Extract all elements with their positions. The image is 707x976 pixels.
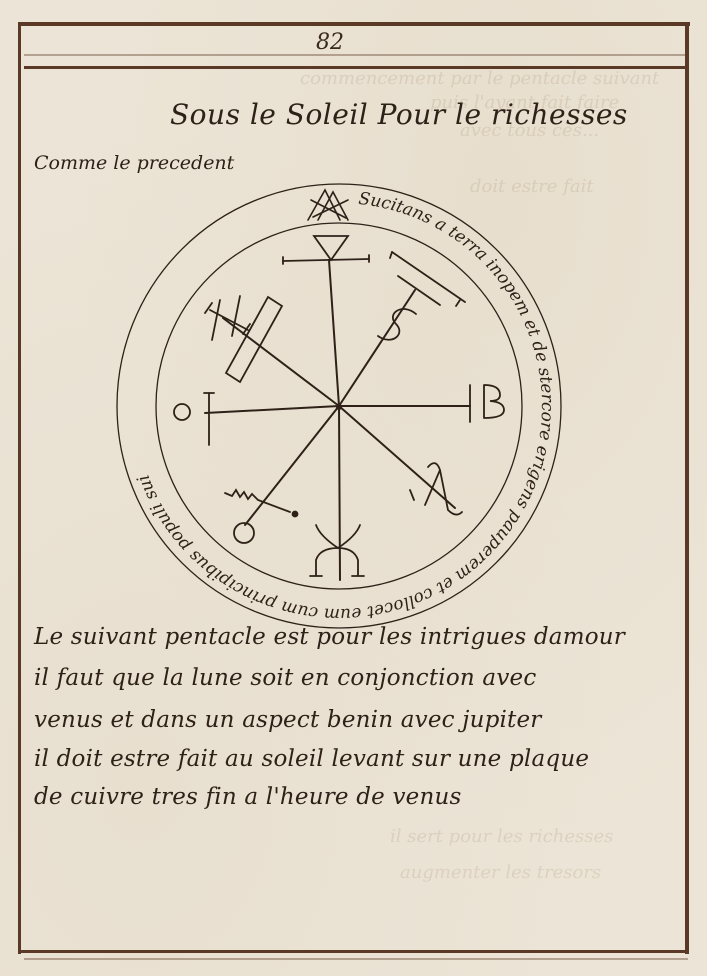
body-line: il faut que la lune soit en conjonction …: [34, 665, 536, 691]
horned-sigil: [310, 525, 364, 576]
triangle-cross-sigil: [283, 236, 369, 264]
body-line: Le suivant pentacle est pour les intrigu…: [34, 624, 625, 650]
body-line: venus et dans un aspect benin avec jupit…: [34, 707, 542, 733]
body-line: de cuivre tres fin a l'heure de venus: [34, 784, 462, 810]
bar-b-sigil: [470, 385, 504, 422]
circle-cross-sigil: [174, 393, 214, 445]
circle-zigzag-sigil: [225, 490, 298, 543]
interlaced-a-sigil: [308, 190, 348, 220]
rectangle-double-cross-sigil: [205, 296, 282, 382]
body-line: il doit estre fait au soleil levant sur …: [34, 746, 589, 772]
pentacle-spokes: [205, 260, 470, 580]
pentacle-diagram: Sucitans a terra inopem et de stercore e…: [0, 0, 707, 976]
